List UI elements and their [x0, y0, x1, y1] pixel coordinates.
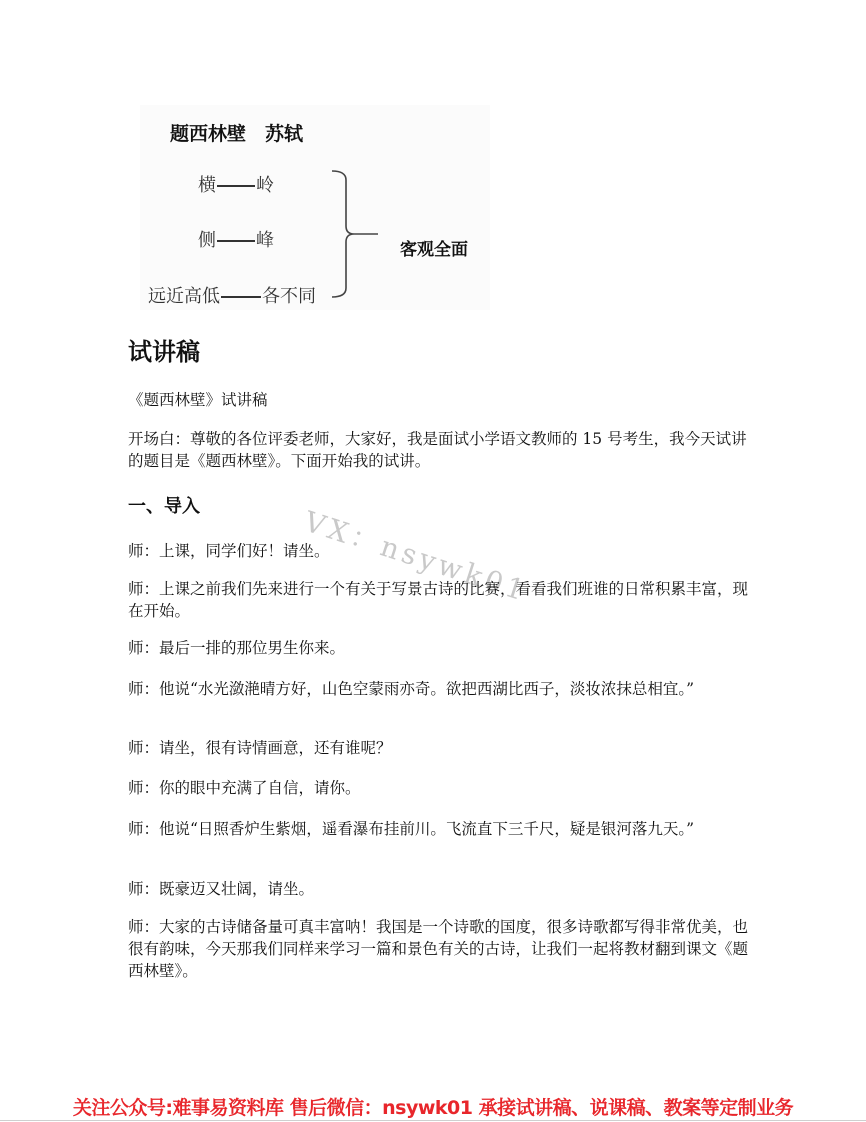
- diagram-row: 侧峰: [198, 226, 274, 252]
- diagram-title: 题西林壁 苏轼: [170, 119, 303, 146]
- section-heading: 一、导入: [128, 492, 200, 518]
- poem-structure-diagram: 题西林壁 苏轼 横岭 侧峰 远近高低各不同 客观全面: [140, 105, 490, 310]
- paragraph: 师：上课，同学们好！请坐。: [128, 540, 748, 562]
- row-right: 各不同: [262, 286, 316, 307]
- diagram-row: 横岭: [198, 171, 274, 197]
- row-right: 岭: [256, 175, 274, 196]
- footer-divider: [0, 1120, 866, 1121]
- connector-line: [217, 185, 255, 187]
- curly-brace-icon: [330, 170, 380, 300]
- row-left: 横: [198, 175, 216, 196]
- diagram-result: 客观全面: [400, 235, 468, 260]
- row-left: 远近高低: [148, 286, 220, 307]
- paragraph: 师：你的眼中充满了自信，请你。: [128, 777, 748, 799]
- page-title: 试讲稿: [128, 332, 200, 367]
- row-left: 侧: [198, 230, 216, 251]
- connector-line: [217, 240, 255, 242]
- opening-paragraph: 开场白：尊敬的各位评委老师，大家好，我是面试小学语文教师的 15 号考生，我今天…: [128, 428, 748, 472]
- paragraph: 师：他说“水光潋滟晴方好，山色空蒙雨亦奇。欲把西湖比西子，淡妆浓抹总相宜。”: [128, 678, 748, 700]
- paragraph: 师：上课之前我们先来进行一个有关于写景古诗的比赛，看看我们班谁的日常积累丰富，现…: [128, 578, 748, 622]
- paragraph: 师：请坐，很有诗情画意，还有谁呢？: [128, 737, 748, 759]
- row-right: 峰: [256, 230, 274, 251]
- footer-banner: 关注公众号:难事易资料库 售后微信：nsywk01 承接试讲稿、说课稿、教案等定…: [0, 1093, 866, 1120]
- connector-line: [221, 296, 261, 298]
- paragraph: 师：最后一排的那位男生你来。: [128, 637, 748, 659]
- diagram-row: 远近高低各不同: [148, 282, 316, 308]
- subtitle: 《题西林壁》试讲稿: [128, 389, 748, 411]
- paragraph: 师：他说“日照香炉生紫烟，遥看瀑布挂前川。飞流直下三千尺，疑是银河落九天。”: [128, 818, 748, 840]
- paragraph: 师：大家的古诗储备量可真丰富呐！我国是一个诗歌的国度，很多诗歌都写得非常优美，也…: [128, 916, 748, 982]
- paragraph: 师：既豪迈又壮阔，请坐。: [128, 878, 748, 900]
